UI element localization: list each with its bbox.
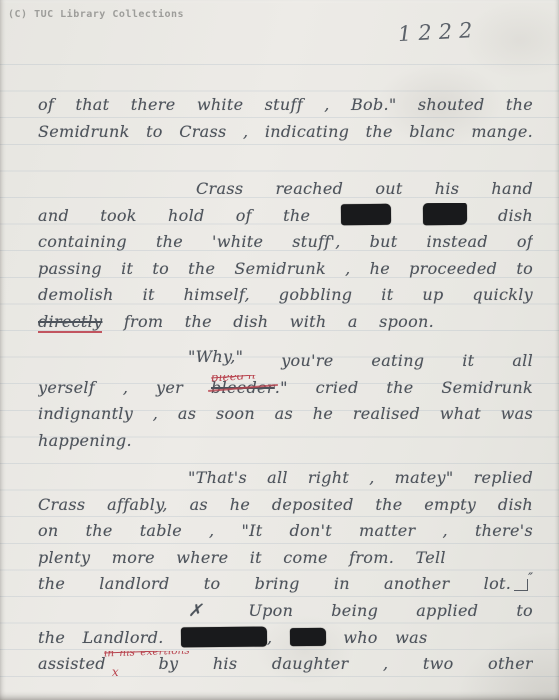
- paragraph-1: of that there white stuff , Bob." shoute…: [38, 92, 533, 145]
- manuscript-line: ✗ Upon being applied to: [38, 598, 533, 625]
- manuscript-line: Crass affably, as he deposited the empty…: [38, 492, 533, 519]
- paragraph-3: "Why," you're eating it all yerself , ye…: [38, 348, 533, 454]
- line-text: and took hold of the: [38, 206, 310, 225]
- line-text: ." cried the Semidrunk: [275, 378, 533, 397]
- manuscript-line: Crass reached out his hand: [38, 176, 533, 203]
- paragraph-2: Crass reached out his hand and took hold…: [38, 176, 533, 336]
- redaction-block: [181, 626, 267, 647]
- manuscript-line: passing it to the Semidrunk , he proceed…: [38, 256, 533, 283]
- line-text: the landlord to bring in another lot.: [38, 574, 511, 593]
- redaction-block: [341, 203, 391, 225]
- line-text: you're eating it all: [281, 351, 533, 370]
- manuscript-line: directly from the dish with a spoon.: [38, 309, 533, 336]
- insertion-quote-mark: ″: [528, 571, 533, 586]
- line-text: the Landlord.: [38, 628, 164, 647]
- manuscript-line: happening.: [38, 428, 533, 455]
- paragraph-4: "That's all right , matey" replied Crass…: [38, 465, 533, 678]
- manuscript-line: of that there white stuff , Bob." shoute…: [38, 92, 533, 119]
- line-text: yerself , yer: [38, 378, 183, 397]
- page-number: 1222: [397, 18, 480, 46]
- x-insertion-mark: ✗: [188, 601, 202, 621]
- manuscript-line: Semidrunk to Crass , indicating the blan…: [38, 119, 533, 146]
- redaction-block: [423, 203, 467, 225]
- manuscript-line: plenty more where it come from. Tell: [38, 545, 533, 572]
- line-text: ,: [267, 628, 272, 647]
- manuscript-line: the Landlord. , who was: [38, 625, 533, 652]
- line-text: Upon being applied to: [248, 601, 533, 620]
- manuscript-line: and took hold of the dish: [38, 203, 533, 230]
- manuscript-line: "That's all right , matey" replied: [38, 465, 533, 492]
- correction-stack: bleed'nbleeder: [211, 375, 275, 402]
- manuscript-line: in his exertions assistedx by his daught…: [38, 651, 533, 678]
- struck-word: directly: [38, 312, 102, 333]
- watermark: (C) TUC Library Collections: [8, 9, 184, 20]
- manuscript-line: "Why," you're eating it all: [38, 348, 533, 375]
- manuscript-line: on the table , "It don't matter , there'…: [38, 518, 533, 545]
- manuscript-line: yerself , yer bleed'nbleeder." cried the…: [38, 375, 533, 402]
- manuscript-line: the landlord to bring in another lot.″: [38, 571, 533, 598]
- line-text: assisted: [38, 654, 106, 673]
- line-text: dish: [498, 206, 533, 225]
- manuscript-line: indignantly , as soon as he realised wha…: [38, 401, 533, 428]
- line-text: by his daughter , two other: [158, 654, 533, 673]
- manuscript-page: (C) TUC Library Collections 1222 of that…: [0, 0, 559, 700]
- line-text: who was: [343, 628, 427, 647]
- manuscript-line: demolish it himself, gobbling it up quic…: [38, 282, 533, 309]
- manuscript-line: containing the 'white stuff', but instea…: [38, 229, 533, 256]
- redaction-block: [290, 627, 326, 645]
- insertion-bracket-mark: [514, 579, 528, 591]
- inserted-word: "Why,": [188, 348, 243, 366]
- line-text: from the dish with a spoon.: [124, 312, 434, 331]
